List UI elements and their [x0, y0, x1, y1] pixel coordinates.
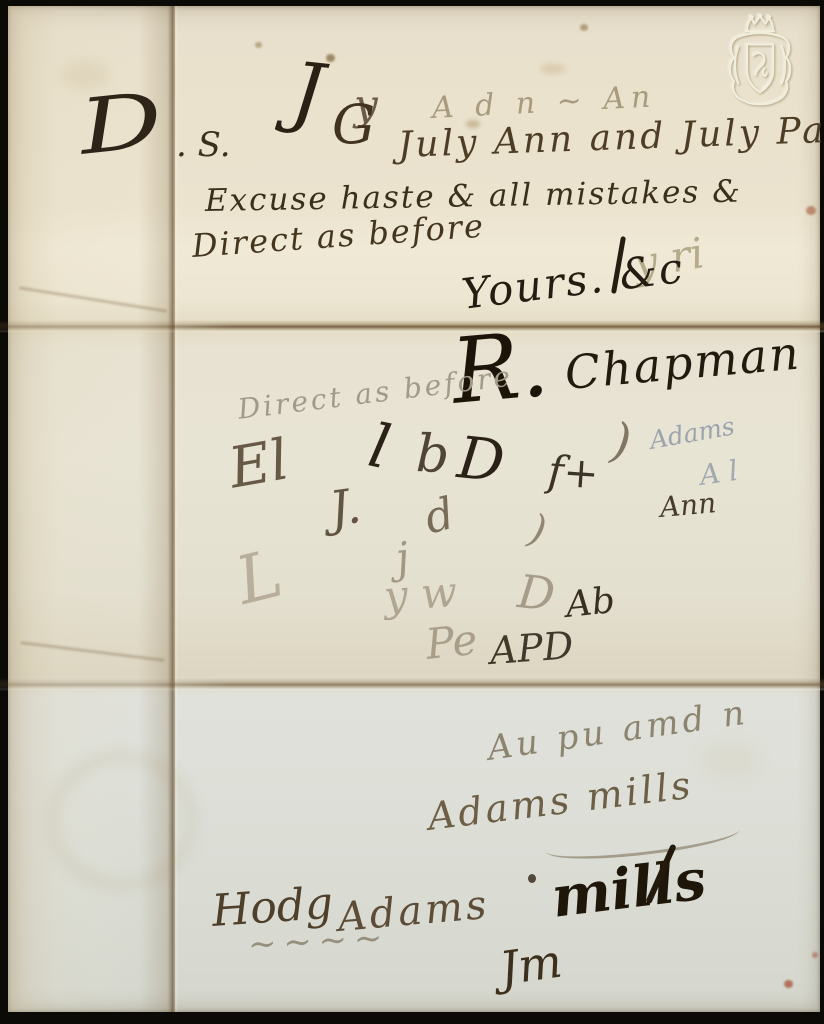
pen-trial-mark: J.: [327, 482, 364, 534]
stain-mark: [806, 206, 816, 215]
stain-mark: [580, 24, 588, 31]
stain-mark: [466, 120, 480, 128]
pen-trial-mark: D: [455, 428, 507, 491]
horizontal-fold-crease-upper: [0, 320, 824, 333]
stain-mark: [812, 952, 818, 958]
pen-trial-mark: b: [415, 428, 450, 481]
pen-trial-mark: Pe: [424, 619, 479, 666]
address-lead-capital: G: [332, 98, 375, 152]
hodg-mills-word: mills: [549, 851, 709, 925]
stain-mark: [784, 980, 793, 988]
seal-monogram: [753, 53, 766, 76]
pen-trial-mark: f+: [547, 450, 601, 495]
stain-mark: [528, 874, 536, 883]
stain-mark: [326, 54, 335, 62]
stain-mark: [255, 42, 262, 48]
stain-mark: [540, 64, 566, 74]
pen-trial-mark: D: [516, 568, 557, 618]
postscript-initial-d: D: [76, 82, 166, 166]
stain-mark: [48, 752, 196, 890]
pen-trial-mark: El: [225, 432, 293, 497]
jm-mark: Jm: [497, 938, 565, 992]
scan-background: D . S. J y A d n ~ An G July Ann and Jul…: [0, 0, 824, 1024]
stain-mark: [700, 740, 760, 780]
horizontal-fold-crease-lower: [0, 678, 824, 691]
postscript-initial-s: . S.: [176, 128, 231, 162]
pen-trial-mark: APD: [489, 626, 575, 670]
embossed-seal-icon: [725, 14, 795, 114]
stain-mark: [60, 60, 110, 90]
pen-trial-mark: Ab: [564, 583, 617, 624]
pen-trial-mark: Ann: [659, 489, 718, 522]
pen-trial-mark: A l: [698, 457, 740, 490]
hodg-scrawl: ~ ~ ~ ~: [247, 921, 381, 962]
pen-trial-mark: y w: [383, 571, 459, 618]
